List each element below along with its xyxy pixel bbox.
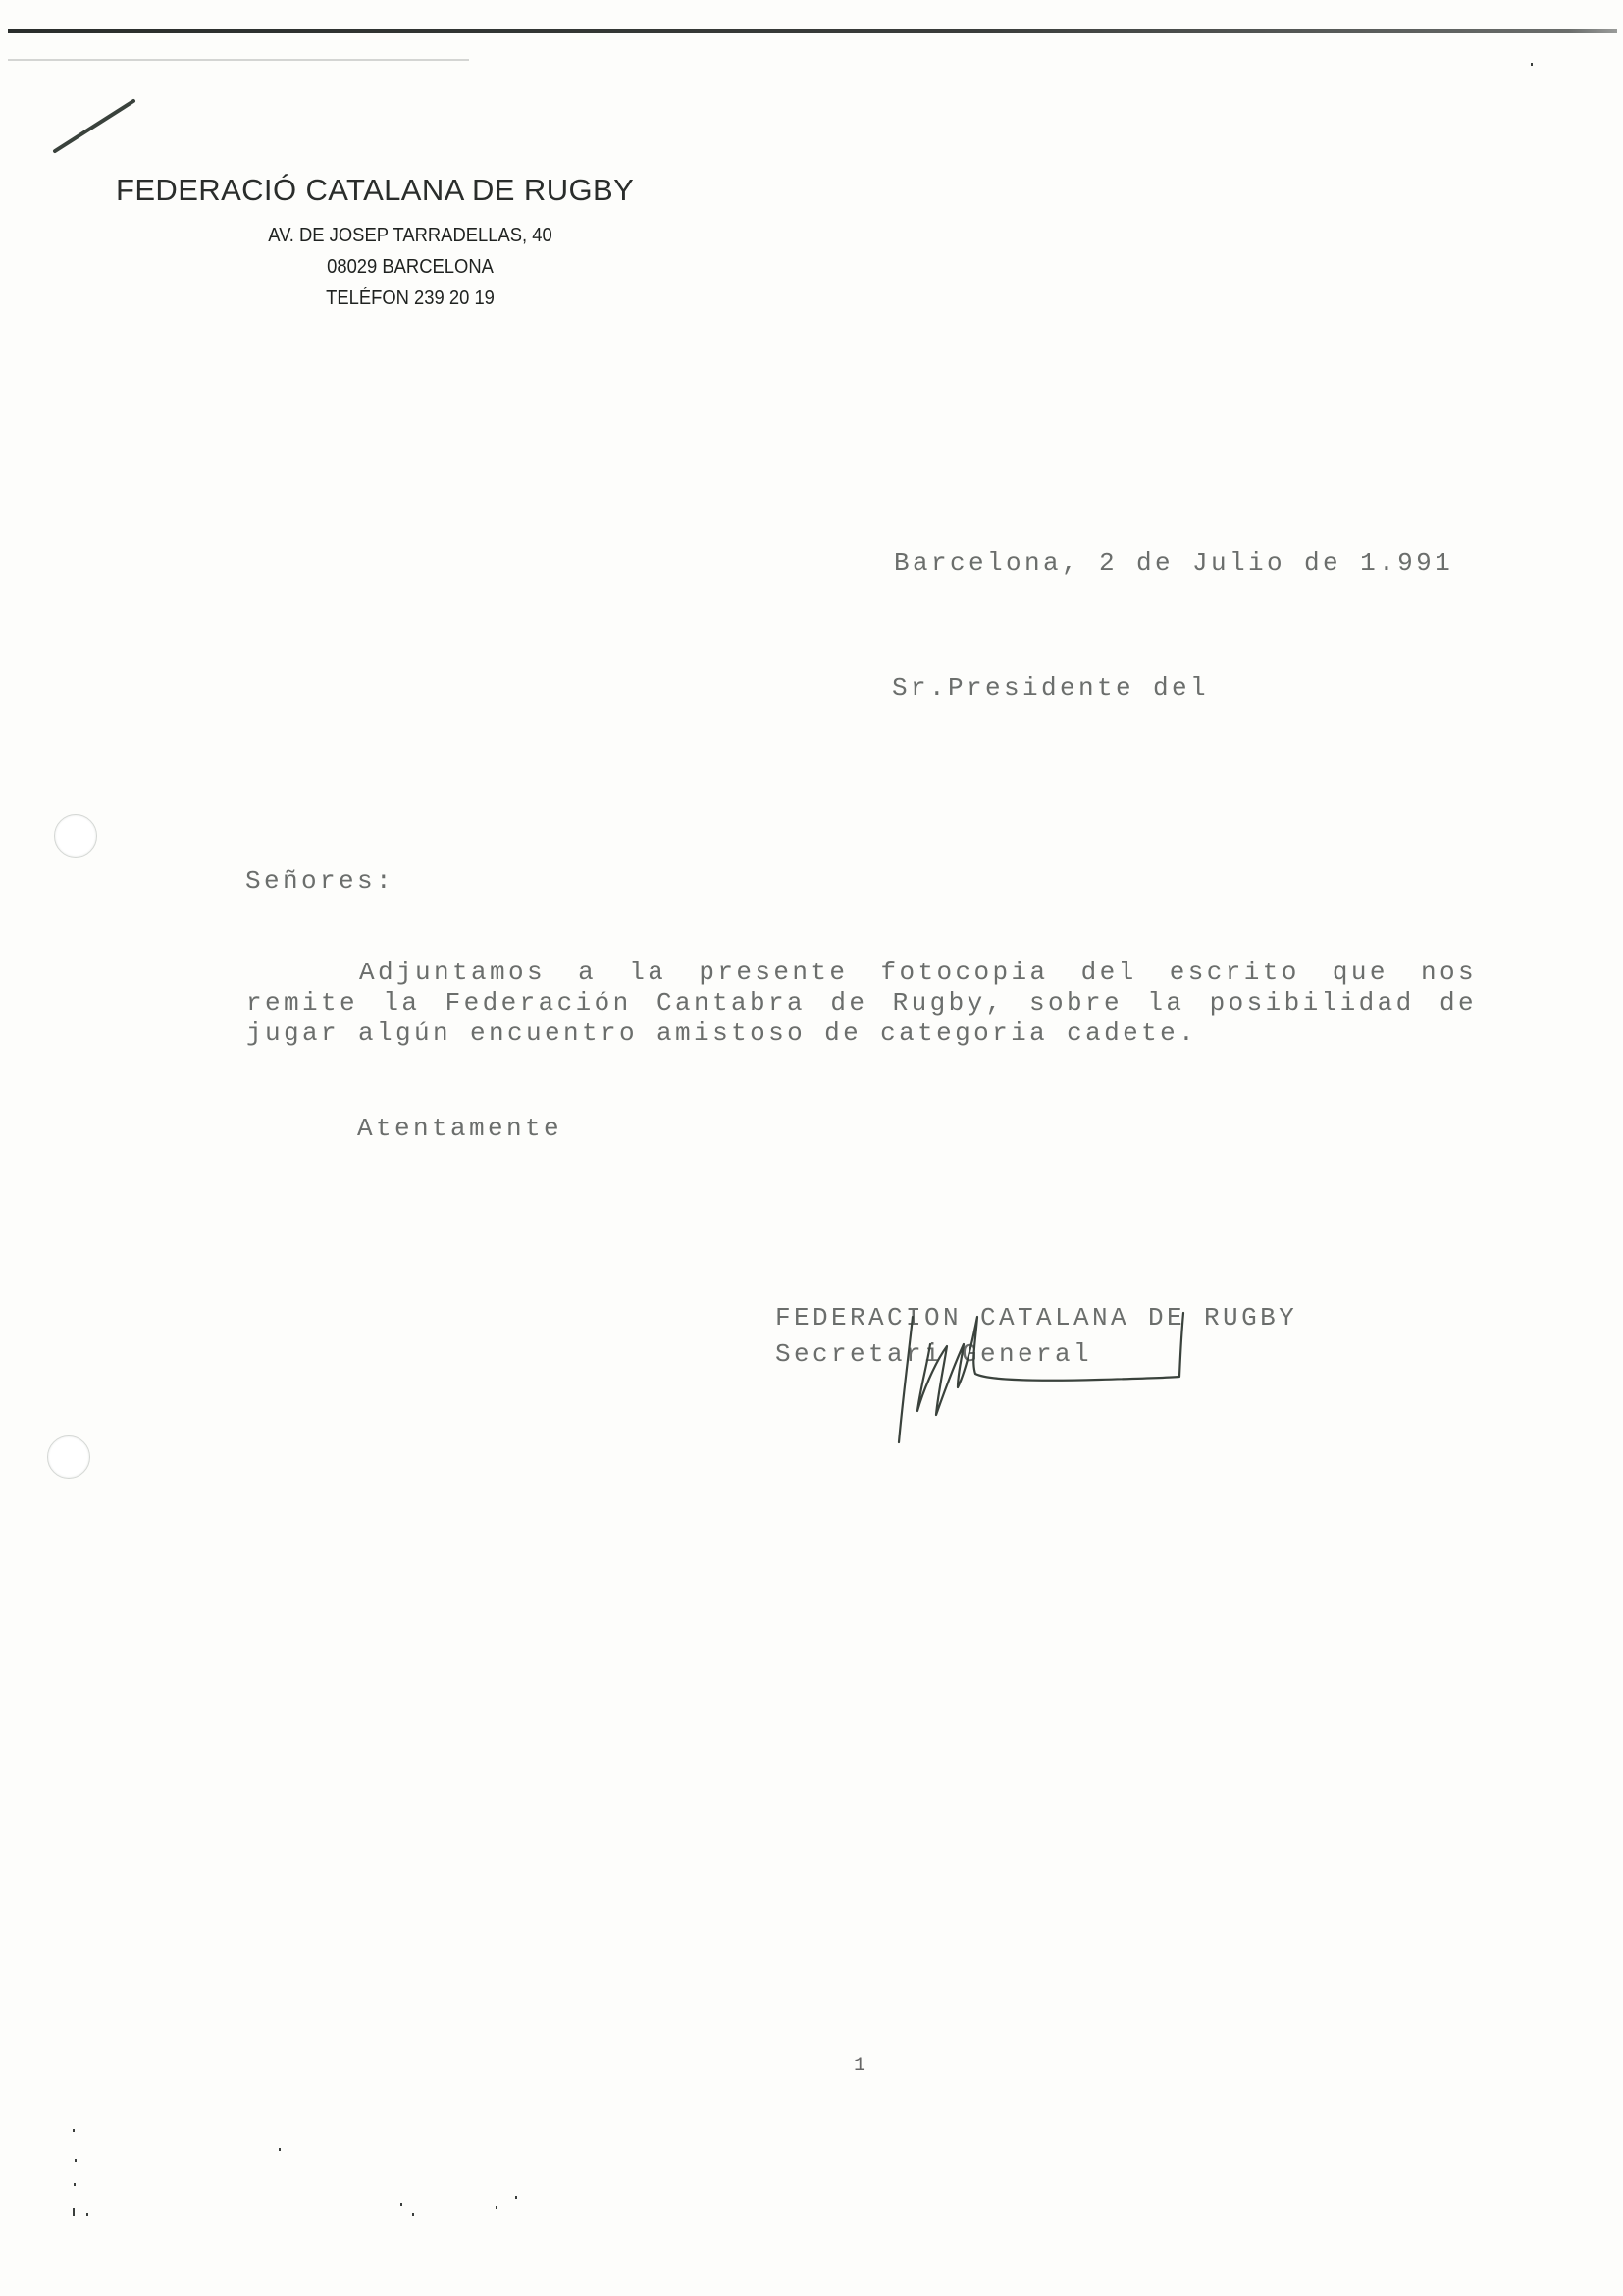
- scan-speck: [75, 2159, 77, 2162]
- scan-speck: [86, 2213, 88, 2216]
- punch-hole-icon: [47, 1435, 90, 1479]
- letterhead-address: AV. DE JOSEP TARRADELLAS, 40: [32, 225, 787, 247]
- letterhead-phone: TELÉFON 239 20 19: [32, 287, 787, 310]
- scan-speck: [496, 2206, 497, 2209]
- body-line-3: jugar algún encuentro amistoso de catego…: [246, 1018, 1197, 1049]
- faint-scan-rule: [8, 59, 469, 61]
- pen-slash-icon: [49, 94, 147, 157]
- scan-speck: [279, 2148, 281, 2151]
- letter-date: Barcelona, 2 de Julio de 1.991: [894, 548, 1453, 579]
- letter-closing: Atentamente: [357, 1114, 562, 1144]
- letterhead-organization: FEDERACIÓ CATALANA DE RUGBY: [116, 173, 634, 208]
- letter-recipient: Sr.Presidente del: [892, 673, 1209, 704]
- scan-speck: [412, 2213, 414, 2216]
- letterhead-city: 08029 BARCELONA: [32, 256, 787, 279]
- scan-speck: [1531, 63, 1533, 66]
- page-number: 1: [854, 2055, 865, 2077]
- scan-speck: [74, 2183, 76, 2186]
- body-line-2: remite la Federación Cantabra de Rugby, …: [246, 988, 1477, 1018]
- scan-speck: [515, 2196, 517, 2199]
- punch-hole-icon: [54, 814, 97, 858]
- body-line-1: Adjuntamos a la presente fotocopia del e…: [359, 958, 1477, 988]
- top-scan-rule: [8, 29, 1617, 33]
- letter-salutation: Señores:: [245, 866, 394, 897]
- handwritten-signature-icon: [873, 1305, 1187, 1447]
- scan-speck: [73, 2129, 75, 2132]
- scan-speck: [73, 2208, 75, 2216]
- scan-speck: [400, 2203, 402, 2206]
